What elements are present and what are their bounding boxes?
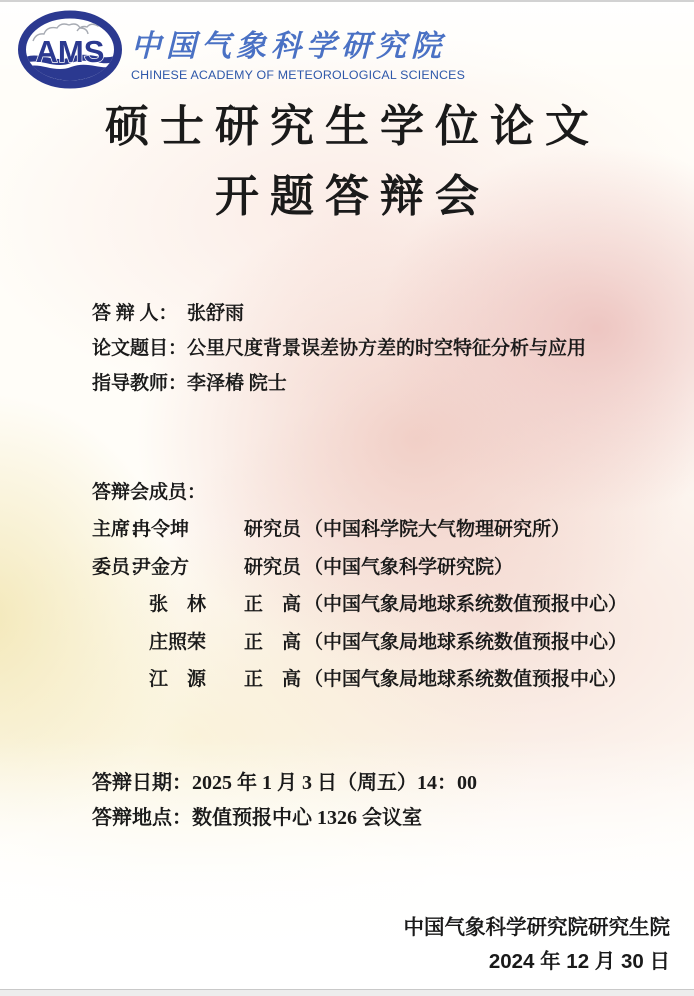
committee-row: 委员： 尹金方 研究员 （中国气象科学研究院） — [92, 549, 627, 587]
defender-name: 张舒雨 — [187, 303, 244, 324]
advisor-line: 指导教师：李泽椿 院士 — [92, 366, 586, 401]
defense-info-block: 答 辩 人：张舒雨 论文题目：公里尺度背景误差协方差的时空特征分析与应用 指导教… — [92, 296, 586, 401]
member-role — [92, 624, 132, 662]
defense-venue-line: 答辩地点：数值预报中心 1326 会议室 — [92, 801, 477, 836]
committee-row: 江 源 正 高 （中国气象局地球系统数值预报中心） — [92, 661, 627, 699]
committee-row: 主席： 冉令坤 研究员 （中国科学院大气物理研究所） — [92, 511, 627, 549]
member-role — [92, 661, 132, 699]
member-name: 尹金方 — [132, 549, 244, 587]
member-affiliation: （中国气象局地球系统数值预报中心） — [304, 586, 627, 624]
title-line-2: 开题答辩会 — [0, 173, 694, 221]
header-org-block: 中国气象科学研究院 CHINESE ACADEMY OF METEOROLOGI… — [131, 21, 465, 82]
schedule-block: 答辩日期：2025 年 1 月 3 日（周五）14：00 答辩地点：数值预报中心… — [92, 766, 477, 836]
member-affiliation: （中国科学院大气物理研究所） — [304, 511, 570, 549]
defender-label: 答 辩 人： — [92, 296, 187, 331]
venue-label: 答辩地点： — [92, 807, 192, 829]
date-label: 答辩日期： — [92, 772, 192, 794]
org-name-english: CHINESE ACADEMY OF METEOROLOGICAL SCIENC… — [131, 68, 465, 82]
committee-table: 主席： 冉令坤 研究员 （中国科学院大气物理研究所） 委员： 尹金方 研究员 （… — [92, 511, 627, 699]
footer-org: 中国气象科学研究院研究生院 — [404, 913, 671, 943]
org-name-chinese: 中国气象科学研究院 — [131, 21, 465, 65]
member-name: 冉令坤 — [132, 511, 244, 549]
member-name: 张 林 — [132, 586, 244, 624]
committee-heading: 答辩会成员： — [92, 482, 206, 504]
top-border-line — [0, 0, 694, 2]
member-title: 研究员 — [244, 549, 304, 587]
thesis-title: 公里尺度背景误差协方差的时空特征分析与应用 — [187, 338, 586, 359]
member-title: 正 高 — [244, 661, 304, 699]
member-title: 正 高 — [244, 586, 304, 624]
footer-date: 2024 年 12 月 30 日 — [404, 947, 671, 977]
defense-announcement-page: AMS 中国气象科学研究院 CHINESE ACADEMY OF METEORO… — [0, 0, 694, 996]
member-name: 庄照荣 — [132, 624, 244, 662]
member-role — [92, 586, 132, 624]
committee-row: 庄照荣 正 高 （中国气象局地球系统数值预报中心） — [92, 624, 627, 662]
committee-row: 张 林 正 高 （中国气象局地球系统数值预报中心） — [92, 586, 627, 624]
page-title: 硕士研究生学位论文 开题答辩会 — [0, 103, 694, 222]
advisor-label: 指导教师： — [92, 366, 187, 401]
member-affiliation: （中国气象局地球系统数值预报中心） — [304, 661, 627, 699]
bottom-border-strip — [0, 989, 694, 996]
member-name: 江 源 — [132, 661, 244, 699]
advisor-name: 李泽椿 院士 — [187, 373, 287, 394]
member-role: 委员： — [92, 549, 132, 587]
venue-value: 数值预报中心 1326 会议室 — [192, 807, 422, 829]
member-affiliation: （中国气象局地球系统数值预报中心） — [304, 624, 627, 662]
ams-logo-icon: AMS — [17, 10, 123, 89]
defense-date-line: 答辩日期：2025 年 1 月 3 日（周五）14：00 — [92, 766, 477, 801]
member-title: 正 高 — [244, 624, 304, 662]
date-value: 2025 年 1 月 3 日（周五）14：00 — [192, 772, 477, 794]
member-affiliation: （中国气象科学研究院） — [304, 549, 513, 587]
ams-logo-text: AMS — [36, 34, 105, 69]
title-line-1: 硕士研究生学位论文 — [0, 103, 694, 151]
thesis-label: 论文题目： — [92, 331, 187, 366]
defender-line: 答 辩 人：张舒雨 — [92, 296, 586, 331]
thesis-line: 论文题目：公里尺度背景误差协方差的时空特征分析与应用 — [92, 331, 586, 366]
member-role: 主席： — [92, 511, 132, 549]
member-title: 研究员 — [244, 511, 304, 549]
footer-signature: 中国气象科学研究院研究生院 2024 年 12 月 30 日 — [404, 913, 671, 977]
